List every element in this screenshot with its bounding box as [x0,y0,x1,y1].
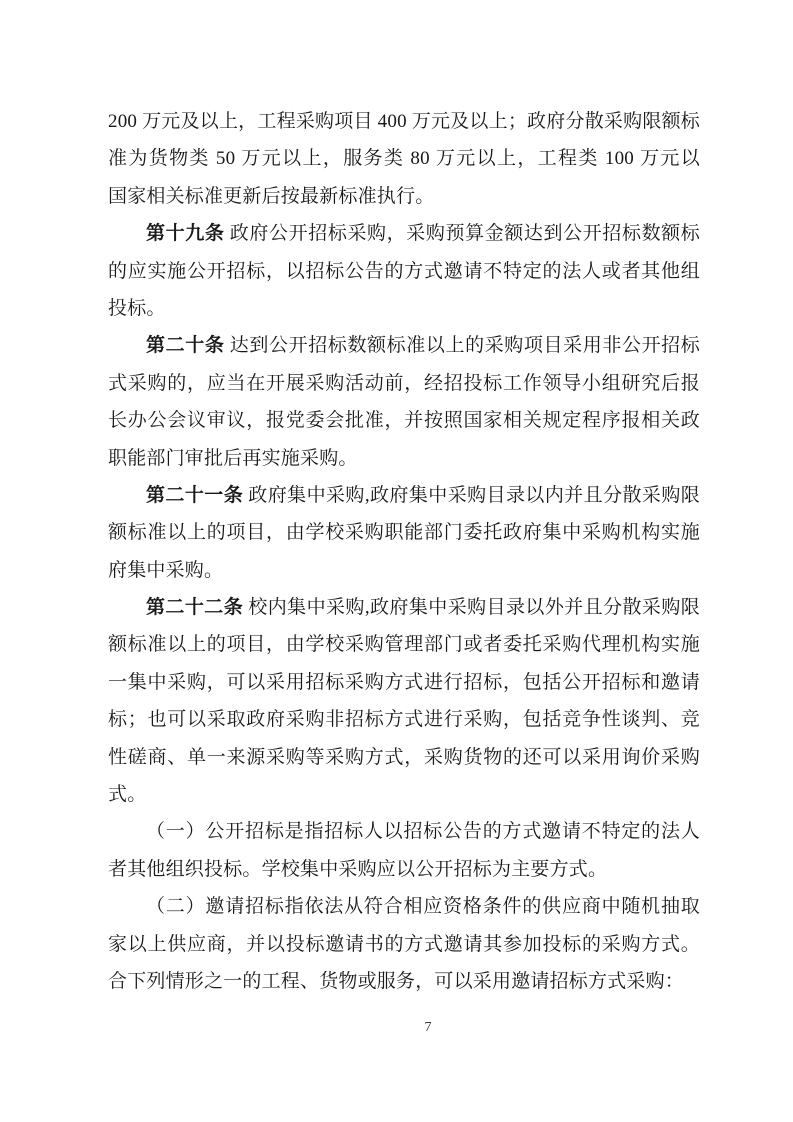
text-line: （二）邀请招标指依法从符合相应资格条件的供应商中随机抽取三 [108,888,700,925]
line-text: 政府集中采购,政府集中采购目录以内并且分散采购限 [243,485,700,506]
text-line: 准为货物类 50 万元以上，服务类 80 万元以上，工程类 100 万元以上； [108,140,700,177]
text-line: 投标。 [108,290,700,327]
paragraph: 第二十条 达到公开招标数额标准以上的采购项目采用非公开招标方式采购的，应当在开展… [108,327,700,477]
paragraph: 第二十一条 政府集中采购,政府集中采购目录以内并且分散采购限额标准以上的项目，由… [108,477,700,589]
text-line: 性磋商、单一来源采购等采购方式，采购货物的还可以采用询价采购方 [108,739,700,776]
paragraph: 第十九条 政府公开招标采购，采购预算金额达到公开招标数额标准的应实施公开招标，以… [108,215,700,327]
document-page: 200 万元及以上，工程采购项目 400 万元及以上；政府分散采购限额标准为货物… [0,0,793,1122]
text-line: 者其他组织投标。学校集中采购应以公开招标为主要方式。 [108,851,700,888]
text-line: 府集中采购。 [108,552,700,589]
text-line: 第二十一条 政府集中采购,政府集中采购目录以内并且分散采购限 [108,477,700,514]
text-line: 家以上供应商，并以投标邀请书的方式邀请其参加投标的采购方式。符 [108,926,700,963]
text-line: 额标准以上的项目，由学校采购管理部门或者委托采购代理机构实施统 [108,626,700,663]
text-line: 第二十条 达到公开招标数额标准以上的采购项目采用非公开招标方 [108,327,700,364]
article-number: 第十九条 [146,223,224,244]
text-line: 国家相关标准更新后按最新标准执行。 [108,178,700,215]
document-body: 200 万元及以上，工程采购项目 400 万元及以上；政府分散采购限额标准为货物… [108,103,700,1000]
paragraph: 第二十二条 校内集中采购,政府集中采购目录以外并且分散采购限额标准以上的项目，由… [108,589,700,813]
text-line: 200 万元及以上，工程采购项目 400 万元及以上；政府分散采购限额标 [108,103,700,140]
text-line: 职能部门审批后再实施采购。 [108,440,700,477]
article-number: 第二十条 [146,335,224,356]
text-line: 合下列情形之一的工程、货物或服务，可以采用邀请招标方式采购： [108,963,700,1000]
text-line: 第二十二条 校内集中采购,政府集中采购目录以外并且分散采购限 [108,589,700,626]
paragraph: （一）公开招标是指招标人以招标公告的方式邀请不特定的法人或者其他组织投标。学校集… [108,813,700,888]
text-line: 式。 [108,776,700,813]
line-text: 校内集中采购,政府集中采购目录以外并且分散采购限 [243,597,700,618]
text-line: （一）公开招标是指招标人以招标公告的方式邀请不特定的法人或 [108,813,700,850]
paragraph: 200 万元及以上，工程采购项目 400 万元及以上；政府分散采购限额标准为货物… [108,103,700,215]
text-line: 额标准以上的项目，由学校采购职能部门委托政府集中采购机构实施政 [108,514,700,551]
page-number: 7 [132,1020,724,1036]
text-line: 的应实施公开招标，以招标公告的方式邀请不特定的法人或者其他组织 [108,253,700,290]
article-number: 第二十二条 [146,597,243,618]
article-number: 第二十一条 [146,485,243,506]
paragraph: （二）邀请招标指依法从符合相应资格条件的供应商中随机抽取三家以上供应商，并以投标… [108,888,700,1000]
text-line: 长办公会议审议，报党委会批准，并按照国家相关规定程序报相关政府 [108,402,700,439]
text-line: 标；也可以采取政府采购非招标方式进行采购，包括竞争性谈判、竞争 [108,701,700,738]
text-line: 一集中采购，可以采用招标采购方式进行招标，包括公开招标和邀请招 [108,664,700,701]
text-line: 第十九条 政府公开招标采购，采购预算金额达到公开招标数额标准 [108,215,700,252]
text-line: 式采购的，应当在开展采购活动前，经招投标工作领导小组研究后报校 [108,365,700,402]
